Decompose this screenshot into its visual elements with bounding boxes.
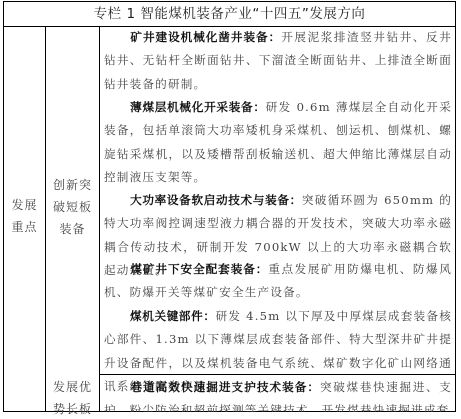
group-label-line: 创新突 bbox=[46, 174, 99, 196]
row-header-line: 重点 bbox=[4, 216, 45, 238]
column-divider-2 bbox=[99, 26, 100, 411]
item-mine-shaft-equipment: 矿井建设机械化凿井装备：开展泥浆排渣竖井钻井、反井钻井、无钻杆全断面钻井、下溜渣… bbox=[104, 26, 452, 96]
item-heading: 巷道高效快速掘进支护技术装备： bbox=[130, 380, 320, 394]
item-safety-equipment: 煤矿井下安全配套装备：重点发展矿用防爆电机、防爆风机、防爆开关等煤矿安全生产设备… bbox=[104, 258, 452, 305]
table-title: 专栏 1 智能煤机装备产业“十四五”发展方向 bbox=[4, 2, 455, 27]
item-thin-seam-equipment: 薄煤层机械化开采装备：研发 0.6m 薄煤层全自动化开采装备，包括单滚筒大功率矮… bbox=[104, 96, 452, 189]
item-heading: 薄煤层机械化开采装备： bbox=[130, 100, 266, 114]
group-label-innovate-breakthrough: 创新突 破短板 装备 bbox=[46, 174, 99, 240]
item-heading: 大功率设备软启动技术与装备： bbox=[130, 193, 302, 207]
group-label-line: 势长板 bbox=[46, 398, 99, 419]
item-heading: 煤矿井下安全配套装备： bbox=[130, 262, 268, 276]
row-header-line: 发展 bbox=[4, 194, 45, 216]
direction-table: 专栏 1 智能煤机装备产业“十四五”发展方向 发展 重点 创新突 破短板 装备 … bbox=[3, 1, 456, 412]
item-heading: 煤机关键部件： bbox=[130, 309, 216, 323]
group-label-advantage-strengths: 发展优 势长板 bbox=[46, 376, 99, 419]
group-label-line: 发展优 bbox=[46, 376, 99, 398]
group-label-line: 装备 bbox=[46, 218, 99, 240]
item-roadway-tunneling: 巷道高效快速掘进支护技术装备：突破煤巷快速掘进、支护、粉尘防治和超前探测等关键技… bbox=[104, 376, 452, 412]
row-header-development-focus: 发展 重点 bbox=[4, 194, 45, 238]
group-label-line: 破短板 bbox=[46, 196, 99, 218]
item-heading: 矿井建设机械化凿井装备： bbox=[130, 30, 281, 44]
